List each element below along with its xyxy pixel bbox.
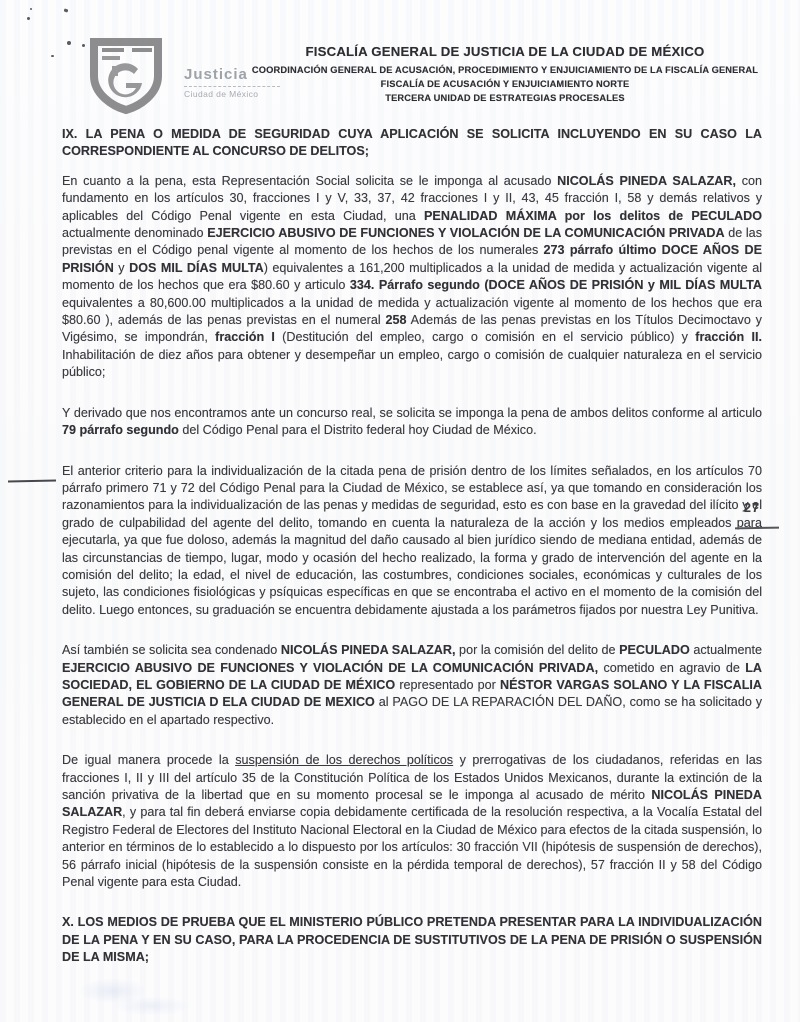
text-run: suspensión de los derechos políticos (235, 753, 453, 767)
margin-pen-mark (8, 479, 56, 482)
text-run: fracción II. (695, 330, 762, 344)
text-run: cometido en agravio de (598, 661, 745, 675)
text-run: NICOLÁS PINEDA SALAZAR, (557, 174, 736, 188)
scan-speck (51, 55, 54, 57)
shield-icon (72, 36, 176, 116)
text-run: , y para tal fin deberá enviarse copia d… (62, 805, 762, 889)
text-run: IX. LA PENA O MEDIDA DE SEGURIDAD CUYA A… (62, 127, 762, 158)
text-run: 79 párrafo segundo (62, 423, 179, 437)
letterhead: FISCALÍA GENERAL DE JUSTICIA DE LA CIUDA… (235, 44, 775, 106)
institution-title: FISCALÍA GENERAL DE JUSTICIA DE LA CIUDA… (235, 44, 775, 59)
text-run: actualmente (690, 643, 762, 657)
page-number-underline (735, 527, 779, 530)
scan-speck (67, 41, 71, 45)
scan-speck (27, 17, 30, 20)
ink-smudge (78, 978, 148, 1004)
text-run: X. LOS MEDIOS DE PRUEBA QUE EL MINISTERI… (62, 915, 762, 964)
text-run: El anterior criterio para la individuali… (62, 464, 762, 617)
text-run: PECULADO (619, 643, 690, 657)
text-run: Así también se solicita sea condenado (62, 643, 281, 657)
paragraph: En cuanto a la pena, esta Representación… (62, 173, 762, 382)
fgj-shield-logo (72, 36, 176, 116)
paragraph: Así también se solicita sea condenado NI… (62, 642, 762, 729)
text-run: (Destitución del empleo, cargo o comisió… (275, 330, 695, 344)
page-number: 27 (744, 501, 760, 515)
text-run: del Código Penal para el Distrito federa… (179, 423, 537, 437)
paragraph: Y derivado que nos encontramos ante un c… (62, 405, 762, 440)
text-run: EJERCICIO ABUSIVO DE FUNCIONES Y VIOLACI… (62, 661, 598, 675)
paragraph: De igual manera procede la suspensión de… (62, 752, 762, 891)
scan-speck (64, 8, 69, 12)
text-run: actualmente denominado (62, 226, 207, 240)
institution-subtitle-3: TERCERA UNIDAD DE ESTRATEGIAS PROCESALES (235, 91, 775, 105)
text-run: Párrafo segundo (DOCE AÑOS DE PRISIÓN y … (379, 278, 762, 292)
text-run: y (114, 261, 129, 275)
text-run: por la comisión del delito de (455, 643, 619, 657)
text-run: Y derivado que nos encontramos ante un c… (62, 406, 762, 420)
scan-speck (30, 8, 32, 10)
text-run: representado por (395, 678, 500, 692)
text-run: 258 (386, 313, 407, 327)
institution-subtitle-1: COORDINACIÓN GENERAL DE ACUSACIÓN, PROCE… (235, 63, 775, 77)
paragraph: El anterior criterio para la individuali… (62, 463, 762, 620)
text-run: Inhabilitación de diez años para obtener… (62, 348, 762, 379)
section-heading: X. LOS MEDIOS DE PRUEBA QUE EL MINISTERI… (62, 914, 762, 966)
ink-smudge (112, 996, 192, 1016)
text-run: En cuanto a la pena, esta Representación… (62, 174, 557, 188)
section-heading: IX. LA PENA O MEDIDA DE SEGURIDAD CUYA A… (62, 126, 762, 161)
text-run: De igual manera procede la (62, 753, 235, 767)
text-run: fracción I (215, 330, 275, 344)
institution-subtitle-2: FISCALÍA DE ACUSACIÓN Y ENJUICIAMIENTO N… (235, 77, 775, 91)
document-content: IX. LA PENA O MEDIDA DE SEGURIDAD CUYA A… (62, 126, 762, 979)
scanned-document-page: Justicia Ciudad de México FISCALÍA GENER… (0, 0, 800, 1022)
text-run: EJERCICIO ABUSIVO DE FUNCIONES Y VIOLACI… (207, 226, 724, 240)
text-run: PENALIDAD MÁXIMA por los delitos de PECU… (424, 209, 762, 223)
text-run: 334. (350, 278, 375, 292)
text-run: DOS MIL DÍAS MULTA (129, 261, 264, 275)
text-run: NICOLÁS PINEDA SALAZAR, (281, 643, 456, 657)
